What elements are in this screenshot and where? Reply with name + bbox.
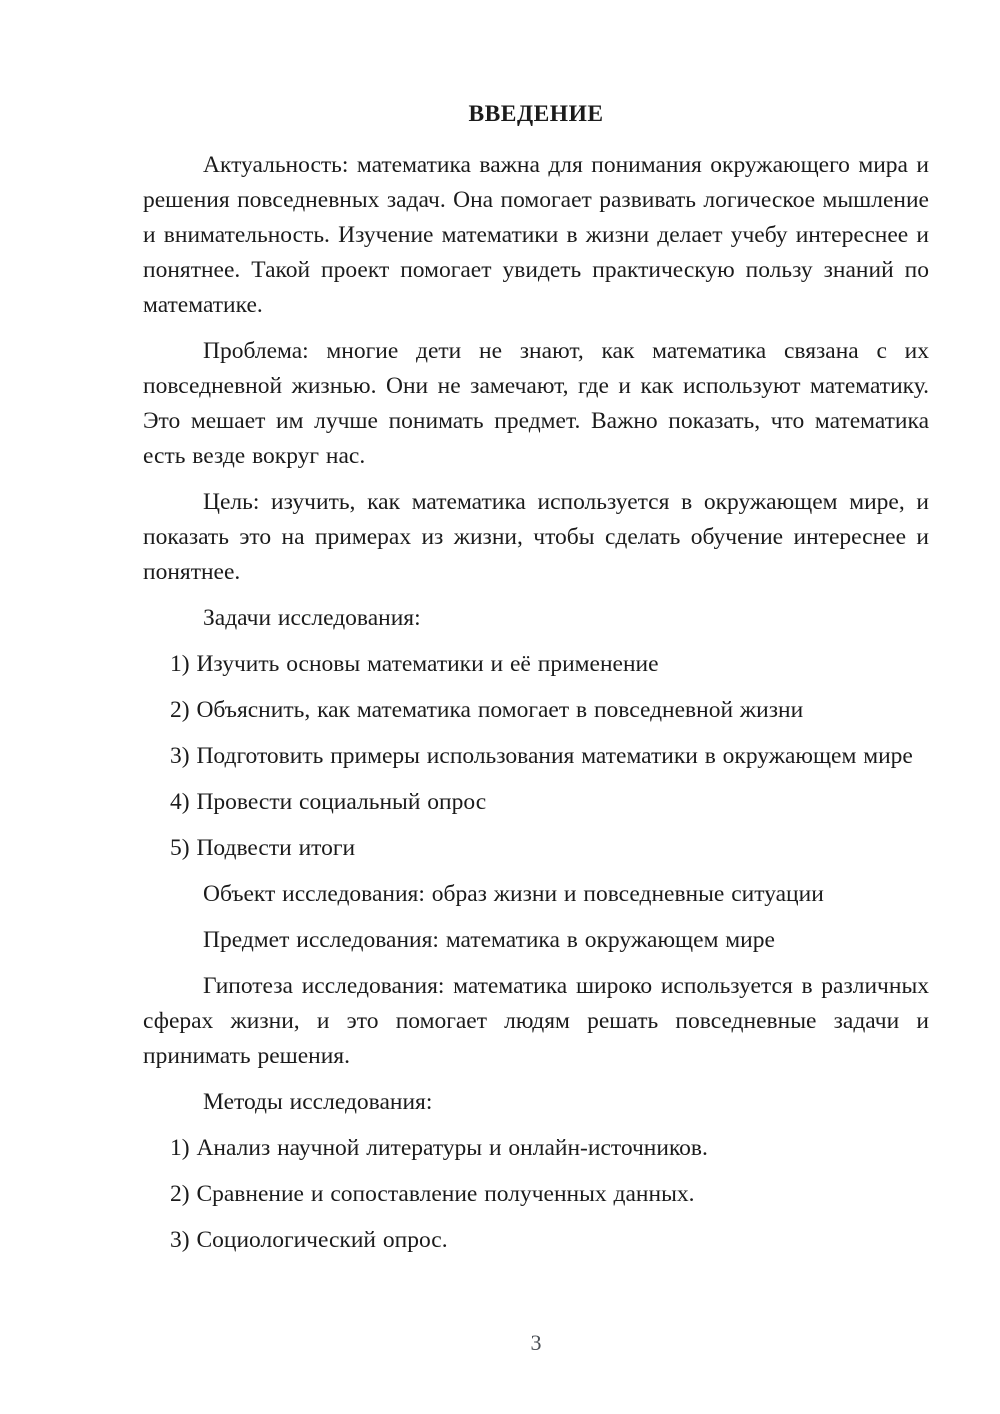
paragraph-gipoteza: Гипотеза исследования: математика широко… bbox=[143, 969, 929, 1074]
list-item-task-2: 2) Объяснить, как математика помогает в … bbox=[143, 693, 929, 728]
paragraph-problema: Проблема: многие дети не знают, как мате… bbox=[143, 334, 929, 474]
paragraph-obyekt: Объект исследования: образ жизни и повсе… bbox=[143, 877, 929, 912]
paragraph-metody-heading: Методы исследования: bbox=[143, 1085, 929, 1120]
list-item-method-2: 2) Сравнение и сопоставление полученных … bbox=[143, 1177, 929, 1212]
page-number: 3 bbox=[143, 1330, 929, 1356]
list-item-task-4: 4) Провести социальный опрос bbox=[143, 785, 929, 820]
paragraph-tsel: Цель: изучить, как математика использует… bbox=[143, 485, 929, 590]
list-item-task-5: 5) Подвести итоги bbox=[143, 831, 929, 866]
list-item-method-1: 1) Анализ научной литературы и онлайн-ис… bbox=[143, 1131, 929, 1166]
list-item-task-1: 1) Изучить основы математики и её примен… bbox=[143, 647, 929, 682]
paragraph-zadachi-heading: Задачи исследования: bbox=[143, 601, 929, 636]
paragraph-predmet: Предмет исследования: математика в окруж… bbox=[143, 923, 929, 958]
document-page: ВВЕДЕНИЕ Актуальность: математика важна … bbox=[0, 0, 1000, 1414]
list-item-method-3: 3) Социологический опрос. bbox=[143, 1223, 929, 1258]
paragraph-aktualnost: Актуальность: математика важна для поним… bbox=[143, 148, 929, 323]
page-title: ВВЕДЕНИЕ bbox=[143, 97, 929, 132]
list-item-task-3: 3) Подготовить примеры использования мат… bbox=[143, 739, 929, 774]
